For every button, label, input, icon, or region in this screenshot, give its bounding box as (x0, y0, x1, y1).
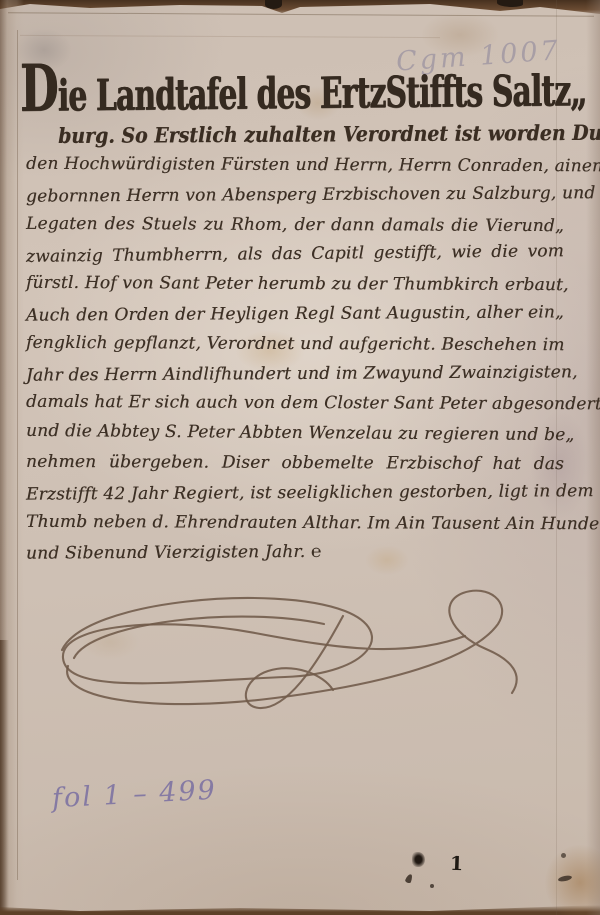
title-line-2: burg. So Erstlich zuhalten Verordnet ist… (58, 120, 600, 148)
text-line: Erzstifft 42 Jahr Regiert, ist seeligkli… (26, 477, 564, 510)
top-rule-line (8, 12, 594, 17)
ink-blot (412, 852, 425, 867)
page-bottom-edge (0, 905, 600, 915)
text-line: und die Abbtey S. Peter Abbten Wenzelau … (26, 417, 564, 451)
text-line: zwainzig Thumbherrn, als das Capitl gest… (26, 238, 564, 273)
text-line: damals hat Er sich auch von dem Closter … (26, 388, 564, 420)
text-line: gebornnen Herrn von Abensperg Erzbischov… (26, 179, 564, 212)
text-line: den Hochwürdigisten Fürsten und Herrn, H… (26, 150, 564, 182)
manuscript-text-block: den Hochwürdigisten Fürsten und Herrn, H… (26, 151, 564, 568)
manuscript-page-photo: Cgm 1007 Die Landtafel des ErtzStiffts S… (0, 0, 600, 915)
text-line: Auch den Orden der Heyligen Regl Sant Au… (26, 298, 564, 331)
text-line: fengklich gepflanzt, Verordnet und aufge… (26, 329, 564, 361)
text-line: Jahr des Herrn Aindlifhundert und im Zwa… (26, 358, 564, 391)
ink-speck (405, 873, 414, 884)
text-line: fürstl. Hof von Sant Peter herumb zu der… (26, 269, 564, 301)
ink-speck (430, 884, 434, 888)
ink-speck (265, 0, 282, 9)
ink-speck (561, 853, 566, 858)
title-line-1: Die Landtafel des ErtzStiffts Saltz„ (20, 44, 587, 126)
page-left-edge (0, 0, 24, 915)
faint-rule-line (20, 35, 440, 38)
folio-range-note: fol 1 – 499 (51, 775, 217, 815)
text-line: Legaten des Stuels zu Rhom, der dann dam… (26, 209, 564, 241)
text-line: und Sibenund Vierzigisten Jahr. ℮ (26, 537, 564, 570)
text-line: Thumb neben d. Ehrendrauten Althar. Im A… (26, 507, 564, 539)
ink-speck (558, 875, 573, 883)
page-number-stamp: 1 (450, 853, 464, 875)
calligraphic-flourish-drawing (40, 578, 545, 736)
text-line: nehmen übergeben. Diser obbemelte Erzbis… (26, 448, 564, 480)
